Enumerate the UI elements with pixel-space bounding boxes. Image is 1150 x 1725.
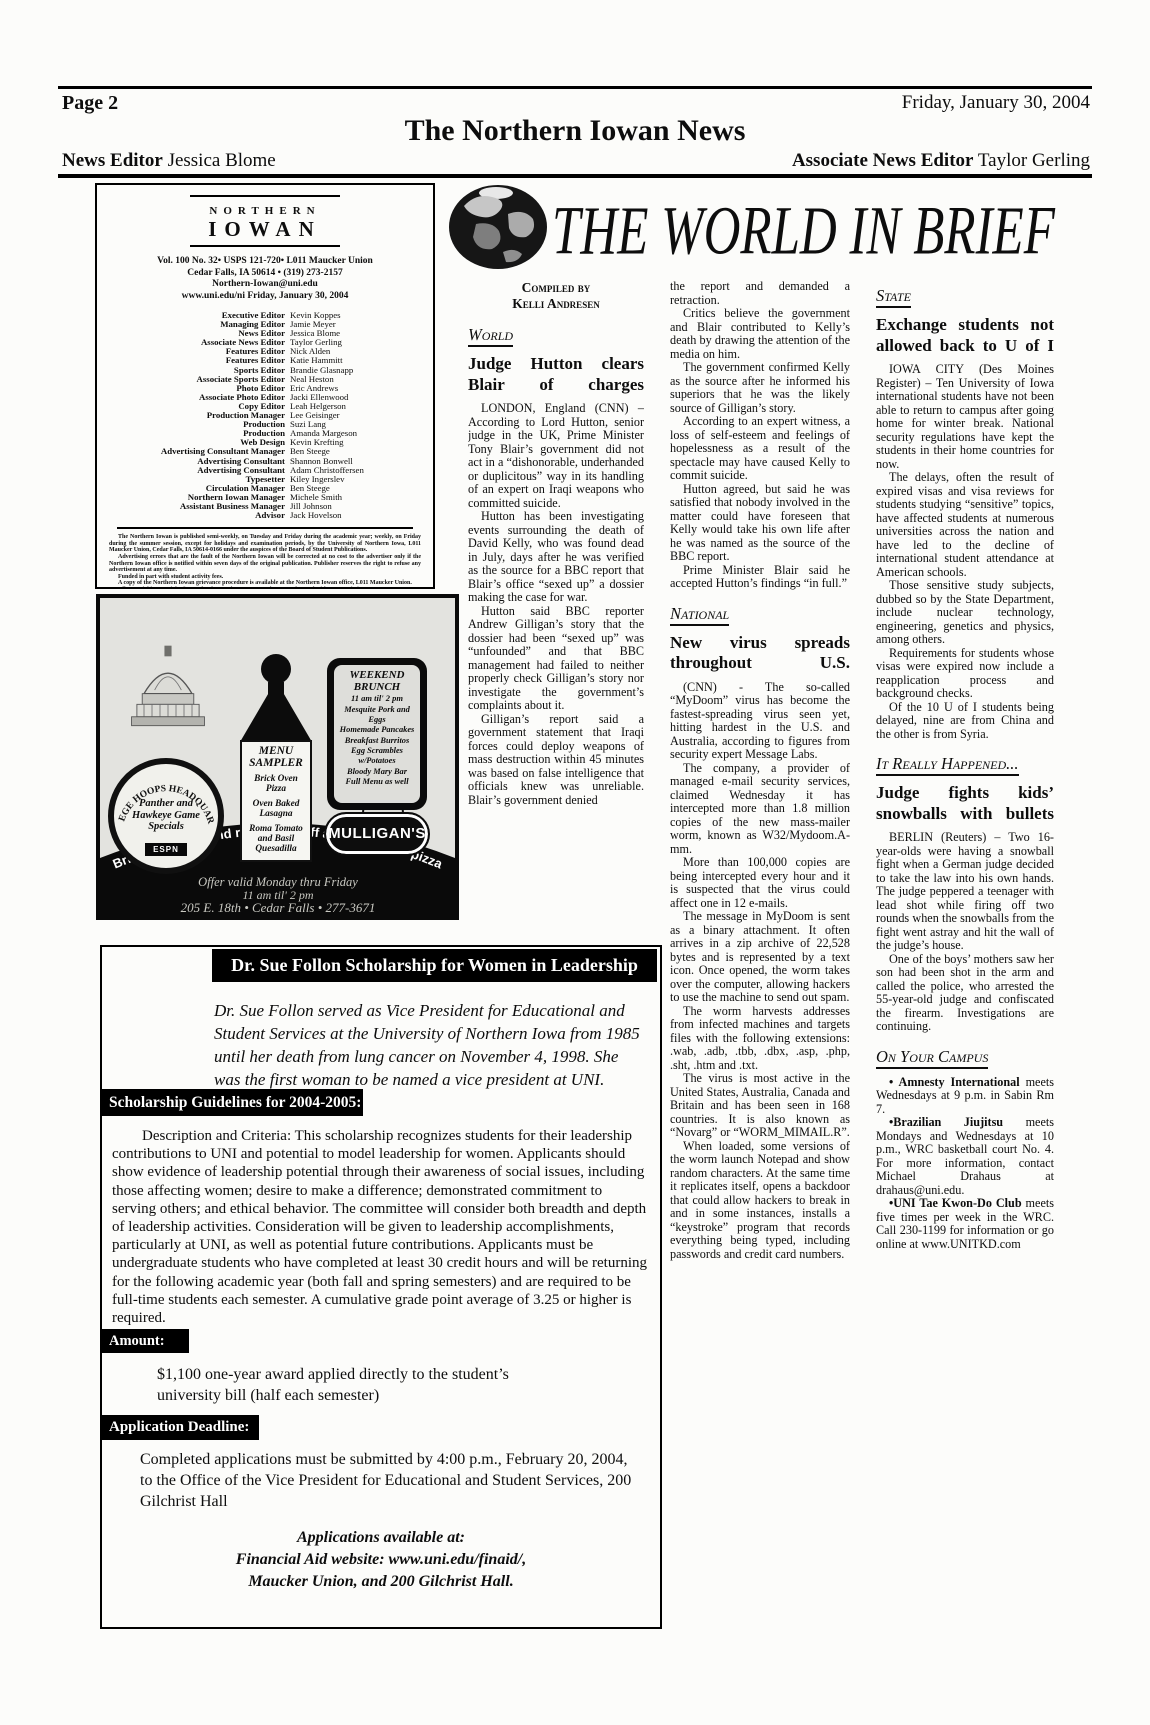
col1-paragraphs: LONDON, England (CNN) – According to Lor… [468,402,644,807]
brief-column-1: Compiled by Kelli Andresen World Judge H… [468,280,644,946]
mulligans-logo: MULLIGAN'S [324,812,430,856]
assoc-news-editor: Associate News Editor Taylor Gerling [792,150,1090,172]
staff-row: Advisor Jack Hovelson [97,511,433,520]
brunch-item: Full Menu as well [335,777,419,787]
article-paragraph: Of the 10 U of I students being delayed,… [876,701,1054,742]
amount-bar: Amount: [102,1329,189,1353]
bottle-neck [268,682,284,696]
col2-paragraphs-top: the report and demanded a retraction.Cri… [670,280,850,591]
legal-paragraph: The Northern Iowan is published semi-wee… [109,534,421,554]
bottle-shoulder [240,694,312,742]
campus-item: •Brazilian Jiujitsu meets Mondays and We… [876,1116,1054,1197]
scholarship-title-bar: Dr. Sue Follon Scholarship for Women in … [212,949,657,982]
col2-paragraphs: (CNN) - The so-called “MyDoom” virus has… [670,681,850,1262]
staff-role: Advisor [97,511,285,520]
menu-item: Oven Baked Lasagna [244,799,308,819]
page-date: Friday, January 30, 2004 [902,92,1090,114]
badge-text: Panther and Hawkeye Game Specials [120,798,212,833]
headline-exchange: Exchange students not allowed back to U … [876,315,1054,356]
article-paragraph: The worm harvests addresses from infecte… [670,1005,850,1073]
scholarship-box: Dr. Sue Follon Scholarship for Women in … [100,945,662,1629]
article-paragraph: Hutton has been investigating events sur… [468,510,644,605]
masthead-address-line: Northern-Iowan@uni.edu [97,279,433,291]
staff-rule [117,527,413,529]
campus-items: • Amnesty International meets Wednesdays… [876,1076,1054,1252]
article-paragraph: When loaded, some versions of the worm l… [670,1140,850,1262]
campus-item-name: •UNI Tae Kwon-Do Club [889,1196,1022,1210]
article-paragraph: According to an expert witness, a loss o… [670,415,850,483]
mulligans-ad: COLLEGE HOOPS HEADQUARTERS Panther and H… [96,594,459,920]
article-paragraph: The virus is most active in the United S… [670,1072,850,1140]
brunch-item: Mesquite Pork and Eggs [335,705,419,724]
bottle-label: MENU SAMPLER Brick Oven PizzaOven Baked … [240,740,312,862]
brunch-item: Bloody Mary Bar [335,767,419,777]
article-paragraph: LONDON, England (CNN) – According to Lor… [468,402,644,510]
brunch-items: Mesquite Pork and EggsHomemade PancakesB… [334,705,420,787]
header-rule [58,174,1092,178]
article-paragraph: Hutton agreed, but said he was satisfied… [670,483,850,564]
available-line: Maucker Union, and 200 Gilchrist Hall. [102,1571,660,1593]
brunch-item: Breakfast Burritos [335,736,419,746]
top-rule [58,86,1092,89]
brunch-time: 11 am til' 2 pm [334,693,420,704]
article-paragraph: BERLIN (Reuters) – Two 16-year-olds were… [876,831,1054,953]
svg-text:Offer valid Monday thru Friday: Offer valid Monday thru Friday [198,875,358,889]
compiled-by-name: Kelli Andresen [468,296,644,312]
page-number: Page 2 [62,92,118,115]
headline-snowballs: Judge fights kids’ snowballs with bullet… [876,783,1054,824]
masthead-address-line: www.uni.edu/ni Friday, January 30, 2004 [97,291,433,303]
newspaper-page: Page 2 Friday, January 30, 2004 The Nort… [0,0,1150,1725]
menu-sampler-title: MENU SAMPLER [242,745,310,769]
legal-paragraph: Advertising errors that are the fault of… [109,554,421,574]
brief-column-3: State Exchange students not allowed back… [876,280,1054,1498]
article-paragraph: Hutton said BBC reporter Andrew Gilligan… [468,605,644,713]
col3-paragraphs: IOWA CITY (Des Moines Register) – Ten Un… [876,363,1054,741]
amount-text: $1,100 one-year award applied directly t… [157,1364,557,1406]
headline-hutton: Judge Hutton clears Blair of charges [468,354,644,395]
article-paragraph: the report and demanded a retraction. [670,280,850,307]
compiled-by-label: Compiled by [468,280,644,296]
brunch-item: Egg Scrambles w/Potatoes [335,746,419,765]
campus-item: •UNI Tae Kwon-Do Club meets five times p… [876,1197,1054,1251]
headline-virus: New virus spreads throughout U.S. [670,633,850,674]
capitol-dome-icon [128,642,208,756]
section-world: World [468,325,644,345]
staff-list: Executive Editor Kevin Koppes Managing E… [97,311,433,520]
available-line: Applications available at: [102,1527,660,1549]
scholarship-description: Description and Criteria: This scholarsh… [112,1127,650,1327]
deadline-bar: Application Deadline: [102,1415,259,1440]
editors-row: News Editor Jessica Blome Associate News… [62,150,1090,172]
legal-paragraph: All material is copyright © 2004 by the … [109,587,421,589]
nameplate-iowan: IOWAN [97,217,433,241]
article-paragraph: The government confirmed Kelly as the so… [670,361,850,415]
assoc-editor-name: Taylor Gerling [978,150,1090,171]
news-editor-label: News Editor [62,150,163,171]
section-on-your-campus: On Your Campus [876,1047,1054,1067]
article-paragraph: Prime Minister Blair said he accepted Hu… [670,564,850,591]
article-paragraph: The delays, often the result of expired … [876,471,1054,579]
deadline-text: Completed applications must be submitted… [140,1449,632,1512]
legal-paragraph: A copy of the Northern Iowan grievance p… [109,580,421,587]
scholarship-bio: Dr. Sue Follon served as Vice President … [214,999,644,1091]
campus-item: • Amnesty International meets Wednesdays… [876,1076,1054,1117]
college-hoops-badge: COLLEGE HOOPS HEADQUARTERS Panther and H… [108,758,224,874]
page-title: The Northern Iowan News [0,114,1150,148]
brunch-screen: WEEKEND BRUNCH 11 am til' 2 pm Mesquite … [334,665,420,803]
campus-item-name: •Brazilian Jiujitsu [889,1115,1003,1129]
col3-paragraphs-2: BERLIN (Reuters) – Two 16-year-olds were… [876,831,1054,1034]
masthead-address-line: Vol. 100 No. 32• USPS 121-720• L011 Mauc… [97,256,433,268]
menu-item: Brick Oven Pizza [244,774,308,794]
masthead-legal: The Northern Iowan is published semi-wee… [97,534,433,589]
nameplate-rule-top [190,195,340,197]
section-national: National [670,604,850,624]
available-line: Financial Aid website: www.uni.edu/finai… [102,1549,660,1571]
article-paragraph: Critics believe the government and Blair… [670,307,850,361]
assoc-editor-label: Associate News Editor [792,150,974,171]
brunch-title: WEEKEND BRUNCH [334,669,420,693]
brunch-item: Homemade Pancakes [335,725,419,735]
bottle-cap [261,654,291,684]
guidelines-bar: Scholarship Guidelines for 2004-2005: [102,1089,363,1116]
campus-item-name: • Amnesty International [889,1075,1020,1089]
compiled-by: Compiled by Kelli Andresen [468,280,644,312]
brunch-tv: WEEKEND BRUNCH 11 am til' 2 pm Mesquite … [327,658,427,810]
article-paragraph: More than 100,000 copies are being inter… [670,856,850,910]
staff-name: Jack Hovelson [290,511,342,520]
nameplate-northern: NORTHERN [97,205,433,217]
espn-logo: ESPN [145,843,187,856]
brief-column-2: the report and demanded a retraction.Cri… [670,280,850,1498]
article-paragraph: (CNN) - The so-called “MyDoom” virus has… [670,681,850,762]
section-state: State [876,286,1054,306]
article-paragraph: Gilligan’s report said a government stat… [468,713,644,808]
masthead-address-line: Cedar Falls, IA 50614 • (319) 273-2157 [97,268,433,280]
menu-sampler-items: Brick Oven PizzaOven Baked LasagnaRoma T… [242,774,310,854]
legal-paragraph: Funded in part with student activity fee… [109,574,421,581]
menu-item: Roma Tomato and Basil Quesadilla [244,824,308,854]
menu-sampler-bottle: MENU SAMPLER Brick Oven PizzaOven Baked … [240,654,312,862]
applications-available: Applications available at:Financial Aid … [102,1527,660,1593]
section-it-really-happened: It Really Happened... [876,754,1054,774]
masthead-box: NORTHERN IOWAN Vol. 100 No. 32• USPS 121… [95,183,435,589]
article-paragraph: Those sensitive study subjects, dubbed s… [876,579,1054,647]
article-paragraph: The message in MyDoom is sent as a binar… [670,910,850,1005]
article-paragraph: The company, a provider of managed e-mai… [670,762,850,857]
globe-icon [448,184,548,270]
article-paragraph: IOWA CITY (Des Moines Register) – Ten Un… [876,363,1054,471]
article-paragraph: Requirements for students whose visas we… [876,647,1054,701]
article-paragraph: One of the boys’ mothers saw her son had… [876,953,1054,1034]
news-editor-name: Jessica Blome [168,150,276,171]
svg-text:205 E. 18th • Cedar Falls • 27: 205 E. 18th • Cedar Falls • 277-3671 [181,900,376,915]
nameplate-rule-bottom [190,245,340,247]
news-editor: News Editor Jessica Blome [62,150,276,172]
masthead-address: Vol. 100 No. 32• USPS 121-720• L011 Mauc… [97,256,433,302]
world-in-brief-title: THE WORLD IN BRIEF [552,190,1055,270]
